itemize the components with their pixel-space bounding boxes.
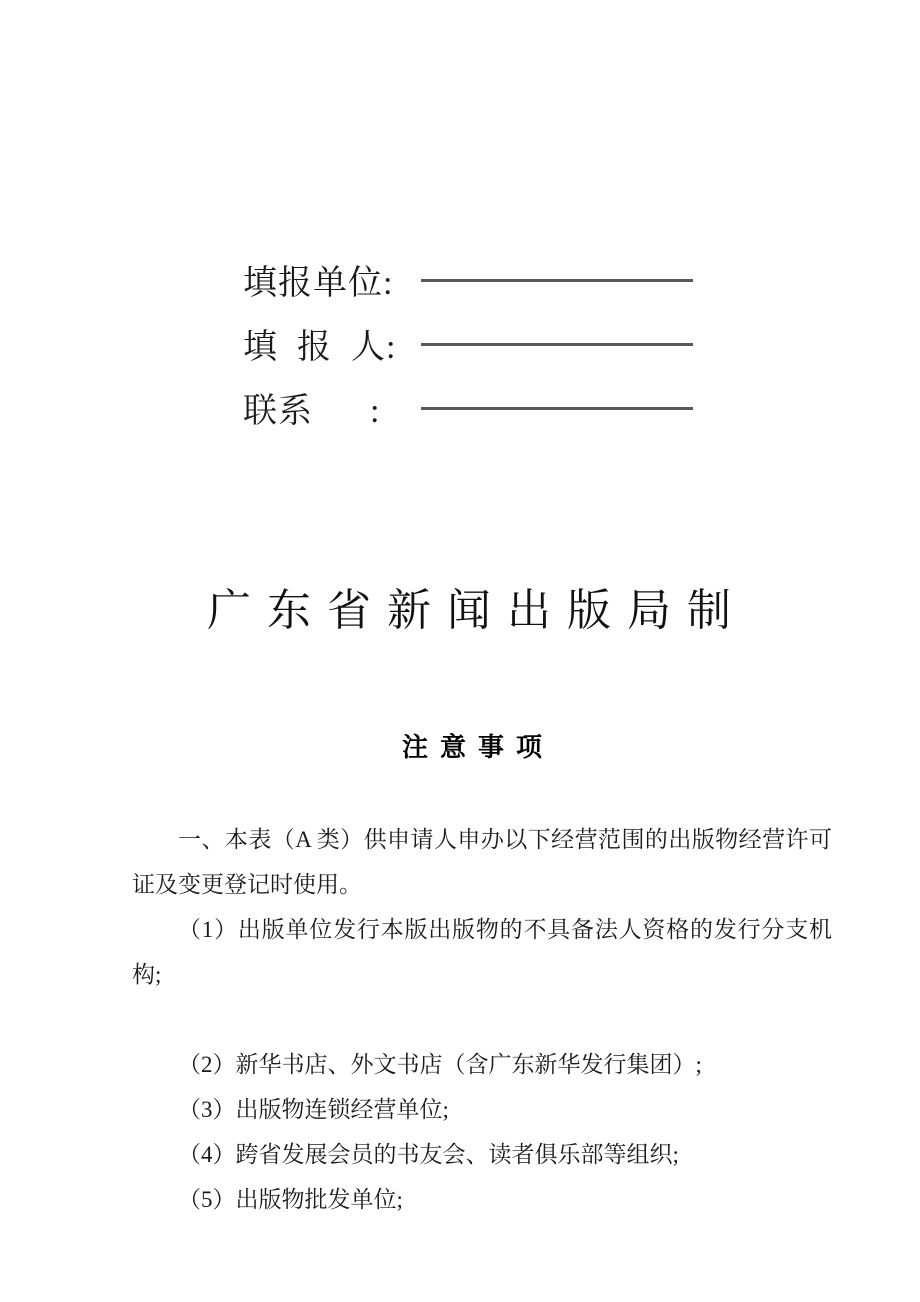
notice-body: 一、本表（A 类）供申请人申办以下经营范围的出版物经营许可证及变更登记时使用。 … (132, 817, 832, 1222)
notice-heading: 注意事项 (0, 733, 920, 763)
fill-in-line-contact[interactable] (421, 407, 693, 410)
notice-item-list: （1）出版单位发行本版出版物的不具备法人资格的发行分支机构; （2）新华书店、外… (132, 907, 832, 1222)
fill-in-line-person[interactable] (421, 343, 693, 346)
form-row-contact: 联系 : (243, 375, 693, 439)
form-label-contact: 联系 : (243, 383, 405, 432)
form-row-unit: 填报单位: (243, 247, 693, 311)
form-row-person: 填 报 人: (243, 311, 693, 375)
notice-item-2: （2）新华书店、外文书店（含广东新华发行集团）; (132, 1042, 832, 1087)
fill-in-line-unit[interactable] (421, 279, 693, 282)
notice-item-1: （1）出版单位发行本版出版物的不具备法人资格的发行分支机构; (132, 907, 832, 997)
form-label-person: 填 报 人: (243, 319, 405, 368)
notice-item-5: （5）出版物批发单位; (132, 1177, 832, 1222)
form-label-unit: 填报单位: (243, 255, 405, 304)
fill-in-form: 填报单位: 填 报 人: 联系 : (243, 247, 693, 439)
notice-paragraph: 一、本表（A 类）供申请人申办以下经营范围的出版物经营许可证及变更登记时使用。 (132, 817, 832, 907)
document-page: 填报单位: 填 报 人: 联系 : 广东省新闻出版局制 注意事项 一、本表（A … (0, 0, 920, 1302)
notice-item-3: （3）出版物连锁经营单位; (132, 1087, 832, 1132)
issuer-title: 广东省新闻出版局制 (0, 587, 920, 635)
notice-item-4: （4）跨省发展会员的书友会、读者俱乐部等组织; (132, 1132, 832, 1177)
